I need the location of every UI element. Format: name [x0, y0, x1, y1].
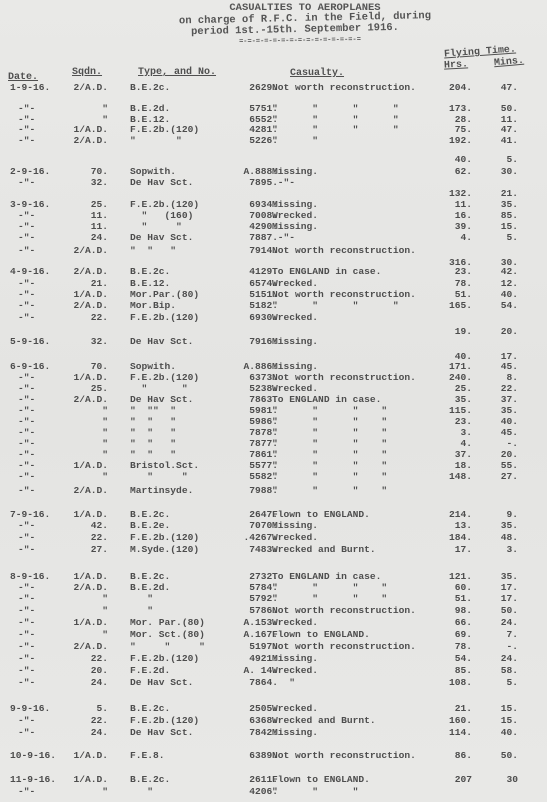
- row-aircraft-number: .4267.: [230, 533, 278, 543]
- row-flying-minutes: 5.: [488, 155, 518, 165]
- row-squadron: 32.: [53, 178, 108, 188]
- row-aircraft-number: 7878.: [230, 428, 278, 438]
- row-casualty: Missing.: [272, 728, 318, 738]
- row-squadron: 1/A.D.: [53, 125, 108, 135]
- row-aircraft-number: 5197.: [230, 642, 278, 652]
- row-flying-minutes: 47.: [488, 83, 518, 93]
- row-aircraft-number: 5986.: [230, 417, 278, 427]
- row-flying-hours: 214.: [432, 510, 472, 520]
- row-date: -"-: [18, 472, 35, 482]
- row-flying-hours: 173.: [432, 104, 472, 114]
- row-flying-minutes: 58.: [488, 666, 518, 676]
- row-date: -"-: [18, 373, 35, 383]
- row-casualty: " " " ": [272, 461, 387, 471]
- row-casualty: To ENGLAND in case.: [272, 267, 381, 277]
- row-aircraft-type: " " ": [130, 246, 176, 256]
- row-casualty: Missing.: [272, 337, 318, 347]
- row-flying-minutes: 15.: [488, 222, 518, 232]
- row-squadron: ": [53, 104, 108, 114]
- row-date: -"-: [18, 716, 35, 726]
- row-flying-minutes: 8.: [488, 373, 518, 383]
- row-aircraft-type: Bristol.Sct.: [130, 461, 199, 471]
- row-aircraft-number: 5786.: [230, 606, 278, 616]
- row-date: -"-: [18, 606, 35, 616]
- row-flying-minutes: 85.: [488, 211, 518, 221]
- row-date: -"-: [18, 313, 35, 323]
- row-aircraft-number: 7863.: [230, 395, 278, 405]
- row-flying-minutes: 17.: [488, 594, 518, 604]
- row-aircraft-number: 6934.: [230, 200, 278, 210]
- row-casualty: Not worth reconstruction.: [272, 246, 416, 256]
- row-casualty: Wrecked.: [272, 384, 318, 394]
- row-date: -"-: [18, 417, 35, 427]
- row-squadron: 27.: [53, 545, 108, 555]
- row-squadron: 24.: [53, 233, 108, 243]
- row-aircraft-number: 7864.: [230, 678, 278, 688]
- row-date: -"-: [18, 178, 35, 188]
- row-flying-minutes: 7.: [488, 630, 518, 640]
- row-squadron: ": [53, 406, 108, 416]
- row-date: -"-: [18, 301, 35, 311]
- row-aircraft-number: 5238.: [230, 384, 278, 394]
- row-date: -"-: [18, 233, 35, 243]
- row-casualty: Wrecked.: [272, 533, 318, 543]
- row-casualty: Wrecked and Burnt.: [272, 716, 376, 726]
- row-aircraft-type: B.E.2c.: [130, 510, 170, 520]
- row-aircraft-number: 5182.: [230, 301, 278, 311]
- row-flying-hours: 23.: [432, 417, 472, 427]
- row-casualty: Wrecked and Burnt.: [272, 545, 376, 555]
- row-aircraft-number: 4206.: [230, 787, 278, 797]
- row-flying-hours: 78.: [432, 279, 472, 289]
- row-date: -"-: [18, 461, 35, 471]
- row-casualty: " " " ": [272, 486, 387, 496]
- row-squadron: ": [53, 787, 108, 797]
- row-flying-hours: 85.: [432, 666, 472, 676]
- row-aircraft-number: 7008.: [230, 211, 278, 221]
- row-squadron: 11.: [53, 211, 108, 221]
- row-squadron: 2/A.D.: [53, 301, 108, 311]
- row-casualty: " " " ": [272, 301, 399, 311]
- row-flying-minutes: 45.: [488, 362, 518, 372]
- row-flying-hours: 16.: [432, 211, 472, 221]
- row-date: -"-: [18, 439, 35, 449]
- row-aircraft-type: F.E.2b.(120): [130, 313, 199, 323]
- row-squadron: ": [53, 594, 108, 604]
- row-flying-minutes: 50.: [488, 606, 518, 616]
- row-flying-hours: 62.: [432, 167, 472, 177]
- row-aircraft-number: 5226.: [230, 136, 278, 146]
- row-aircraft-type: " "" ": [130, 406, 176, 416]
- row-flying-minutes: 15.: [488, 704, 518, 714]
- row-flying-hours: 148.: [432, 472, 472, 482]
- row-aircraft-number: 7914.: [230, 246, 278, 256]
- row-aircraft-type: De Hav Sct.: [130, 233, 193, 243]
- row-date: -"-: [18, 395, 35, 405]
- row-date: -"-: [18, 678, 35, 688]
- row-aircraft-type: " (160): [130, 211, 193, 221]
- row-flying-hours: 3.: [432, 428, 472, 438]
- row-casualty: Missing.: [272, 654, 318, 664]
- row-date: 2-9-16.: [10, 167, 50, 177]
- row-flying-hours: 23.: [432, 267, 472, 277]
- row-aircraft-type: Sopwith.: [130, 167, 176, 177]
- row-casualty: Missing.: [272, 200, 318, 210]
- row-aircraft-number: 2629.: [230, 83, 278, 93]
- row-flying-minutes: 35.: [488, 572, 518, 582]
- row-flying-hours: 132.: [432, 189, 472, 199]
- row-aircraft-number: A.167.: [230, 630, 278, 640]
- row-flying-minutes: 45.: [488, 428, 518, 438]
- row-casualty: " " " ": [272, 428, 387, 438]
- row-flying-minutes: 20.: [488, 327, 518, 337]
- row-squadron: 5.: [53, 704, 108, 714]
- row-flying-hours: 25.: [432, 384, 472, 394]
- row-casualty: Missing.: [272, 167, 318, 177]
- row-squadron: ": [53, 450, 108, 460]
- row-date: -"-: [18, 618, 35, 628]
- row-casualty: " ": [272, 136, 318, 146]
- row-squadron: 22.: [53, 654, 108, 664]
- row-flying-minutes: 5.: [488, 678, 518, 688]
- row-aircraft-type: B.E.2d.: [130, 104, 170, 114]
- row-date: -"-: [18, 125, 35, 135]
- row-flying-minutes: 50.: [488, 104, 518, 114]
- row-squadron: 2/A.D.: [53, 246, 108, 256]
- row-flying-hours: 98.: [432, 606, 472, 616]
- row-aircraft-number: 4921.: [230, 654, 278, 664]
- row-casualty: Not worth reconstruction.: [272, 751, 416, 761]
- row-aircraft-type: Mor.Par.(80): [130, 290, 199, 300]
- row-flying-minutes: 50.: [488, 751, 518, 761]
- row-casualty: " " " ": [272, 472, 387, 482]
- row-flying-minutes: 40.: [488, 290, 518, 300]
- row-aircraft-number: 6373.: [230, 373, 278, 383]
- row-flying-hours: 207: [432, 775, 472, 785]
- row-flying-hours: 69.: [432, 630, 472, 640]
- row-squadron: 1/A.D.: [53, 775, 108, 785]
- row-casualty: Not worth reconstruction.: [272, 373, 416, 383]
- row-flying-hours: 37.: [432, 450, 472, 460]
- row-flying-hours: 204.: [432, 83, 472, 93]
- row-flying-minutes: 30: [488, 775, 518, 785]
- row-flying-minutes: 24.: [488, 618, 518, 628]
- row-aircraft-type: ": [130, 606, 153, 616]
- row-aircraft-type: " ": [130, 472, 188, 482]
- row-casualty: " " " ": [272, 450, 387, 460]
- row-casualty: To ENGLAND in case.: [272, 395, 381, 405]
- row-squadron: 70.: [53, 362, 108, 372]
- row-squadron: 2/A.D.: [53, 136, 108, 146]
- row-aircraft-type: De Hav Sct.: [130, 337, 193, 347]
- row-casualty: " " ": [272, 787, 358, 797]
- row-aircraft-number: 7988.: [230, 486, 278, 496]
- row-aircraft-type: " ": [130, 136, 182, 146]
- row-flying-hours: 60.: [432, 583, 472, 593]
- row-flying-hours: 114.: [432, 728, 472, 738]
- row-aircraft-type: B.E.2c.: [130, 704, 170, 714]
- row-squadron: 21.: [53, 279, 108, 289]
- row-casualty: Wrecked.: [272, 313, 318, 323]
- row-aircraft-number: 2505.: [230, 704, 278, 714]
- row-aircraft-type: " " ": [130, 428, 176, 438]
- row-flying-hours: 21.: [432, 704, 472, 714]
- row-squadron: 22.: [53, 313, 108, 323]
- row-aircraft-type: " ": [130, 222, 182, 232]
- row-date: -"-: [18, 428, 35, 438]
- row-flying-minutes: 35.: [488, 406, 518, 416]
- row-flying-minutes: 27.: [488, 472, 518, 482]
- row-flying-minutes: -.: [488, 642, 518, 652]
- row-aircraft-number: 5582.: [230, 472, 278, 482]
- row-aircraft-number: A.153.: [230, 618, 278, 628]
- row-date: 4-9-16.: [10, 267, 50, 277]
- row-casualty: Missing.: [272, 222, 318, 232]
- row-casualty: Not worth reconstruction.: [272, 642, 416, 652]
- row-casualty: " " " ": [272, 125, 399, 135]
- row-aircraft-type: Mor.Bip.: [130, 301, 176, 311]
- row-aircraft-type: Mor. Sct.(80): [130, 630, 205, 640]
- row-flying-hours: 66.: [432, 618, 472, 628]
- row-aircraft-type: B.E.2d.: [130, 583, 170, 593]
- row-squadron: ": [53, 472, 108, 482]
- row-aircraft-number: 5792.: [230, 594, 278, 604]
- row-casualty: Wrecked.: [272, 279, 318, 289]
- row-squadron: 2/A.D.: [53, 267, 108, 277]
- row-flying-hours: 165.: [432, 301, 472, 311]
- row-aircraft-number: 5577.: [230, 461, 278, 471]
- row-flying-hours: 75.: [432, 125, 472, 135]
- row-date: -"-: [18, 486, 35, 496]
- row-date: 3-9-16.: [10, 200, 50, 210]
- row-aircraft-type: De Hav Sct.: [130, 678, 193, 688]
- header-mins: Mins.: [494, 56, 525, 70]
- row-date: -"-: [18, 384, 35, 394]
- row-flying-minutes: 55.: [488, 461, 518, 471]
- row-flying-hours: 240.: [432, 373, 472, 383]
- row-aircraft-number: 2647.: [230, 510, 278, 520]
- row-date: -"-: [18, 545, 35, 555]
- row-flying-hours: 18.: [432, 461, 472, 471]
- row-squadron: 70.: [53, 167, 108, 177]
- row-flying-minutes: 35.: [488, 521, 518, 531]
- row-aircraft-number: 4281.: [230, 125, 278, 135]
- row-date: -"-: [18, 290, 35, 300]
- row-aircraft-type: B.E.2c.: [130, 267, 170, 277]
- row-squadron: 22.: [53, 533, 108, 543]
- row-squadron: 32.: [53, 337, 108, 347]
- row-flying-minutes: 40.: [488, 728, 518, 738]
- row-date: -"-: [18, 450, 35, 460]
- row-flying-hours: 121.: [432, 572, 472, 582]
- row-casualty: " " " ": [272, 417, 387, 427]
- row-aircraft-type: B.E.2c.: [130, 83, 170, 93]
- row-aircraft-number: 5784.: [230, 583, 278, 593]
- row-flying-hours: 171.: [432, 362, 472, 372]
- row-date: -"-: [18, 787, 35, 797]
- row-date: -"-: [18, 630, 35, 640]
- row-squadron: 11.: [53, 222, 108, 232]
- row-aircraft-type: F.E.2d.: [130, 666, 170, 676]
- row-aircraft-number: 4129.: [230, 267, 278, 277]
- row-flying-hours: 192.: [432, 136, 472, 146]
- row-date: 5-9-16.: [10, 337, 50, 347]
- row-squadron: ": [53, 606, 108, 616]
- row-aircraft-type: De Hav Sct.: [130, 395, 193, 405]
- row-date: -"-: [18, 104, 35, 114]
- row-aircraft-type: F.E.8.: [130, 751, 165, 761]
- row-casualty: Flown to ENGLAND.: [272, 775, 370, 785]
- row-flying-minutes: 22.: [488, 384, 518, 394]
- row-aircraft-type: " " ": [130, 439, 176, 449]
- row-flying-minutes: 37.: [488, 395, 518, 405]
- row-squadron: 42.: [53, 521, 108, 531]
- row-squadron: 24.: [53, 678, 108, 688]
- row-flying-minutes: 12.: [488, 279, 518, 289]
- row-aircraft-number: 7916.: [230, 337, 278, 347]
- row-casualty: " " " ": [272, 104, 399, 114]
- row-aircraft-type: " " ": [130, 642, 205, 652]
- row-date: -"-: [18, 211, 35, 221]
- row-flying-minutes: 30.: [488, 167, 518, 177]
- row-aircraft-type: F.E.2b.(120): [130, 716, 199, 726]
- row-flying-minutes: 48.: [488, 533, 518, 543]
- row-flying-hours: 11.: [432, 200, 472, 210]
- row-flying-hours: 19.: [432, 327, 472, 337]
- row-flying-minutes: 15.: [488, 716, 518, 726]
- row-aircraft-number: 6368.: [230, 716, 278, 726]
- row-aircraft-number: 5751.: [230, 104, 278, 114]
- row-casualty: " " " ": [272, 583, 387, 593]
- row-flying-hours: 39.: [432, 222, 472, 232]
- row-date: -"-: [18, 279, 35, 289]
- row-aircraft-type: M.Syde.(120): [130, 545, 199, 555]
- row-aircraft-type: B.E.12.: [130, 279, 170, 289]
- header-casualty: Casualty.: [290, 68, 344, 79]
- row-flying-minutes: 9.: [488, 510, 518, 520]
- header-sqdn: Sqdn.: [72, 67, 102, 78]
- row-aircraft-number: 7842.: [230, 728, 278, 738]
- row-aircraft-type: B.E.2c.: [130, 775, 170, 785]
- row-aircraft-number: A. 14.: [230, 666, 278, 676]
- row-squadron: 1/A.D.: [53, 618, 108, 628]
- row-aircraft-type: Mor. Par.(80): [130, 618, 205, 628]
- row-aircraft-type: F.E.2b.(120): [130, 200, 199, 210]
- row-casualty: To ENGLAND in case.: [272, 572, 381, 582]
- row-squadron: 1/A.D.: [53, 461, 108, 471]
- row-aircraft-number: 2732.: [230, 572, 278, 582]
- row-casualty: Wrecked.: [272, 618, 318, 628]
- row-aircraft-number: A.888.: [230, 167, 278, 177]
- row-flying-minutes: 54.: [488, 301, 518, 311]
- row-flying-hours: 51.: [432, 594, 472, 604]
- row-aircraft-number: 6930.: [230, 313, 278, 323]
- row-flying-hours: 115.: [432, 406, 472, 416]
- row-casualty: " " " ": [272, 406, 387, 416]
- document-page: CASUALTIES TO AEROPLANES on charge of R.…: [0, 0, 547, 802]
- row-squadron: 1/A.D.: [53, 290, 108, 300]
- row-squadron: ": [53, 439, 108, 449]
- row-casualty: " " " ": [272, 439, 387, 449]
- row-flying-minutes: 24.: [488, 654, 518, 664]
- row-aircraft-type: Sopwith.: [130, 362, 176, 372]
- document-title: CASUALTIES TO AEROPLANES on charge of R.…: [150, 3, 440, 47]
- row-casualty: Missing.: [272, 362, 318, 372]
- row-flying-minutes: 42.: [488, 267, 518, 277]
- row-squadron: 1/A.D.: [53, 510, 108, 520]
- row-squadron: ": [53, 417, 108, 427]
- row-date: 7-9-16.: [10, 510, 50, 520]
- row-squadron: ": [53, 428, 108, 438]
- row-flying-minutes: 35.: [488, 200, 518, 210]
- row-flying-hours: 78.: [432, 642, 472, 652]
- row-casualty: Wrecked.: [272, 666, 318, 676]
- row-squadron: 2/A.D.: [53, 486, 108, 496]
- row-casualty: Wrecked.: [272, 704, 318, 714]
- row-aircraft-type: " " ": [130, 450, 176, 460]
- row-flying-hours: 51.: [432, 290, 472, 300]
- row-date: -"-: [18, 666, 35, 676]
- row-flying-hours: 35.: [432, 395, 472, 405]
- row-date: -"-: [18, 521, 35, 531]
- row-flying-hours: 86.: [432, 751, 472, 761]
- row-flying-hours: 160.: [432, 716, 472, 726]
- row-aircraft-type: ": [130, 787, 153, 797]
- row-squadron: 2/A.D.: [53, 395, 108, 405]
- row-aircraft-type: " " ": [130, 417, 176, 427]
- row-flying-minutes: 3.: [488, 545, 518, 555]
- row-aircraft-type: F.E.2b.(120): [130, 533, 199, 543]
- row-aircraft-number: 7070.: [230, 521, 278, 531]
- row-flying-hours: 108.: [432, 678, 472, 688]
- row-date: 9-9-16.: [10, 704, 50, 714]
- row-aircraft-number: 7877.: [230, 439, 278, 449]
- row-date: -"-: [18, 533, 35, 543]
- row-aircraft-number: 5981.: [230, 406, 278, 416]
- row-flying-hours: 4.: [432, 233, 472, 243]
- row-casualty: Missing.: [272, 521, 318, 531]
- row-casualty: " " " ": [272, 594, 387, 604]
- row-flying-minutes: 41.: [488, 136, 518, 146]
- row-flying-hours: 13.: [432, 521, 472, 531]
- row-casualty: Flown to ENGLAND.: [272, 510, 370, 520]
- row-aircraft-number: 7895.: [230, 178, 278, 188]
- row-squadron: 2/A.D.: [53, 83, 108, 93]
- row-aircraft-number: 6574.: [230, 279, 278, 289]
- row-squadron: 1/A.D.: [53, 373, 108, 383]
- row-flying-minutes: 40.: [488, 417, 518, 427]
- row-aircraft-type: Martinsyde.: [130, 486, 193, 496]
- row-aircraft-number: 5151.: [230, 290, 278, 300]
- row-date: 11-9-16.: [10, 775, 56, 785]
- row-aircraft-number: A.886.: [230, 362, 278, 372]
- row-flying-minutes: 5.: [488, 233, 518, 243]
- row-aircraft-number: 7861.: [230, 450, 278, 460]
- row-casualty: Wrecked.: [272, 211, 318, 221]
- row-aircraft-number: 7483.: [230, 545, 278, 555]
- header-type: Type, and No.: [138, 67, 216, 78]
- row-aircraft-number: 7887.: [230, 233, 278, 243]
- row-aircraft-type: " ": [130, 384, 188, 394]
- row-flying-minutes: 21.: [488, 189, 518, 199]
- header-hrs: Hrs.: [444, 59, 469, 71]
- row-aircraft-type: ": [130, 594, 153, 604]
- row-aircraft-type: De Hav Sct.: [130, 728, 193, 738]
- row-date: -"-: [18, 406, 35, 416]
- row-flying-hours: 184.: [432, 533, 472, 543]
- row-squadron: 20.: [53, 666, 108, 676]
- row-date: -"-: [18, 594, 35, 604]
